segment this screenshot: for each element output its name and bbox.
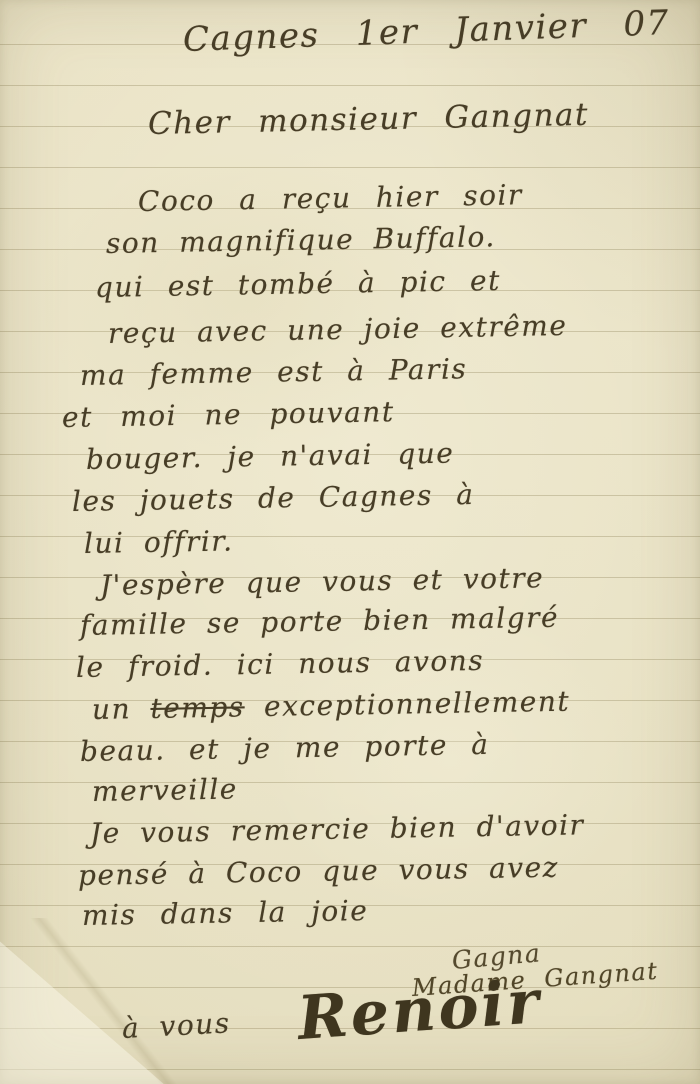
letter-line: pensé à Coco que vous avez [78, 851, 559, 892]
letter-line: mis dans la joie [82, 894, 369, 932]
letter-line-suffix: exceptionnellement [244, 685, 570, 724]
letter-line: les jouets de Cagnes à [72, 478, 475, 518]
letter-line-with-strikethrough: un temps exceptionnellement [92, 685, 571, 726]
letter-line: beau. et je me porte à [80, 728, 490, 768]
letter-line-prefix: un [92, 692, 151, 726]
salutation: Cher monsieur Gangnat [148, 97, 590, 142]
valediction: à vous [121, 1006, 231, 1045]
letter-line: et moi ne pouvant [62, 395, 395, 434]
corner-fold-crease [0, 918, 222, 1084]
corner-fold-highlight [0, 922, 210, 1084]
letter-line: bouger. je n'avai que [86, 437, 455, 476]
struck-word: temps [150, 690, 245, 725]
letter-line: lui offrir. [84, 524, 234, 560]
letter-line: reçu avec une joie extrême [108, 309, 568, 350]
letter-line: son magnifique Buffalo. [106, 220, 496, 260]
dateline: Cagnes 1er Janvier 07 [182, 3, 670, 60]
letter-line: ma femme est à Paris [80, 352, 468, 392]
letter-line: le froid. ici nous avons [76, 644, 485, 684]
letter-line: Coco a reçu hier soir [138, 178, 523, 218]
letter-line: merveille [92, 772, 238, 808]
letter-line: famille se porte bien malgré [80, 601, 560, 642]
letter-line: qui est tombé à pic et [95, 264, 501, 304]
letter-line: Je vous remercie bien d'avoir [90, 808, 585, 850]
letter-line: J'espère que vous et votre [100, 561, 545, 602]
signature: Renoir [296, 967, 544, 1054]
letter-scan: Cagnes 1er Janvier 07 Cher monsieur Gang… [0, 0, 700, 1084]
